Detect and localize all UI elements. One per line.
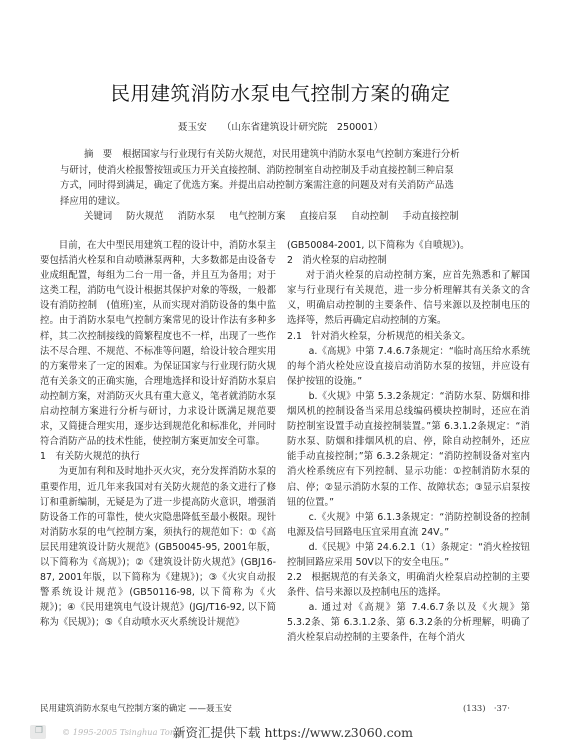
section-heading-1: 1 有关防火规范的执行	[40, 449, 276, 464]
download-watermark: 新资汇提供下载 https://www.z3060.com	[173, 723, 413, 741]
keyword: 防火规范	[126, 211, 164, 222]
keyword: 电气控制方案	[229, 211, 285, 222]
left-column: 目前，在大中型民用建筑工程的设计中，消防水泵主要包括消火栓泵和自动喷淋泵两种，大…	[40, 238, 276, 630]
section-2-paragraph: 对于消火栓泵的启动控制方案，应首先熟悉和了解国家与行业现行有关规范，进一步分析理…	[287, 268, 530, 328]
keyword: 自动控制	[351, 211, 389, 222]
abstract-label: 摘 要	[84, 149, 112, 160]
abstract-block: 摘 要根据国家与行业现行有关防火规范，对民用建筑中消防水泵电气控制方案进行分析 …	[60, 147, 522, 225]
author-name: 聂玉安	[178, 122, 207, 133]
subsection-heading-2-2: 2.2 根据规范的有关条文，明确消火栓泵启动控制的主要条件、信号来源以及控制电压…	[287, 570, 530, 600]
watermark-bar: ❐ © 1995-2005 Tsinghua Tongf 新资汇提供下载 htt…	[0, 720, 561, 750]
abstract-text-1: 根据国家与行业现行有关防火规范，对民用建筑中消防水泵电气控制方案进行分析	[122, 149, 460, 160]
keyword: 手动直接控制	[402, 211, 458, 222]
keyword: 直接启泵	[299, 211, 337, 222]
clause-b: b.《火规》中第 5.3.2条规定：“消防水泵、防烟和排烟风机的控制设备当采用总…	[287, 389, 530, 510]
section-heading-2: 2 消火栓泵的启动控制	[287, 253, 530, 268]
subsection-heading-2-1: 2.1 针对消火栓泵，分析规范的相关条文。	[287, 329, 530, 344]
clause-2-2-a: a. 通过对《高规》第 7.4.6.7条以及《火规》第 5.3.2条、第 6.3…	[287, 600, 530, 645]
page-number: (133) ·37·	[463, 702, 510, 714]
running-footer: 民用建筑消防水泵电气控制方案的确定 ——聂玉安	[40, 702, 232, 714]
clause-d: d.《民规》中第 24.6.2.1（1）条规定：“消火栓按钮控制回路应采用 50…	[287, 540, 530, 570]
clause-c: c.《火规》中第 6.1.3条规定：“消防控制设备的控制电源及信号回路电压宜采用…	[287, 510, 530, 540]
abstract-line-2: 与研讨，使消火栓报警按钮或压力开关直接控制、消防控制室自动控制及手动直接控制三种…	[60, 163, 522, 179]
section-1-paragraph: 为更加有利和及时地扑灭火灾，充分发挥消防水泵的重要作用，近几年来我国对有关防火规…	[40, 464, 276, 630]
copyright-watermark: © 1995-2005 Tsinghua Tongf	[62, 727, 183, 737]
keywords-line: 关键词 防火规范 消防水泵 电气控制方案 直接启泵 自动控制 手动直接控制	[60, 209, 522, 225]
abstract-line-3: 方式，同时得到满足，确定了优选方案。并提出启动控制方案需注意的问题及对有关消防产…	[60, 178, 522, 194]
paper-title: 民用建筑消防水泵电气控制方案的确定	[0, 78, 561, 106]
clause-a: a.《高规》中第 7.4.6.7条规定：“临时高压给水系统的每个消火栓处应设直接…	[287, 344, 530, 389]
continued-text: (GB50084-2001, 以下简称为《自喷规》)。	[287, 238, 530, 253]
right-column: (GB50084-2001, 以下简称为《自喷规》)。 2 消火栓泵的启动控制 …	[287, 238, 530, 646]
author-line: 聂玉安 （山东省建筑设计研究院 250001）	[0, 119, 561, 133]
keyword: 消防水泵	[178, 211, 216, 222]
abstract-line-4: 择应用的建议。	[60, 194, 522, 210]
author-affiliation: （山东省建筑设计研究院 250001）	[222, 122, 383, 133]
publisher-logo-icon: ❐	[30, 725, 46, 739]
abstract-line-1: 摘 要根据国家与行业现行有关防火规范，对民用建筑中消防水泵电气控制方案进行分析	[60, 147, 522, 163]
intro-paragraph: 目前，在大中型民用建筑工程的设计中，消防水泵主要包括消火栓泵和自动喷淋泵两种，大…	[40, 238, 276, 449]
keywords-label: 关键词	[84, 211, 112, 222]
